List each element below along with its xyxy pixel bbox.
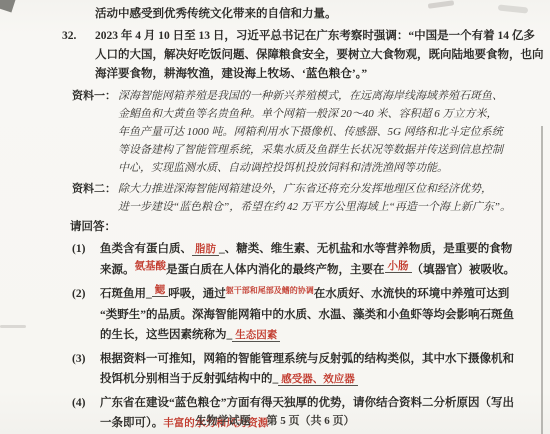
printed-text: 是蛋白质在人体内消化的最终产物，主要在 [166, 264, 385, 276]
printed-text: 呼吸，通过 [168, 288, 226, 300]
material-2-line-1: 除大力推进深海智能网箱建设外，广东省还将充分发挥地理区位和经济优势， [118, 180, 550, 198]
question-number: 32. [62, 27, 76, 46]
question-32: 32. 2023 年 4 月 10 日至 13 日，习近平总书记在广东考察时强调… [95, 27, 550, 84]
sub-question-1-line-2: 来源。氨基酸是蛋白质在人体内消化的最终产物，主要在小肠（填器官）被吸收。 [100, 260, 550, 281]
printed-text: 石斑鱼用_ [100, 288, 152, 300]
material-1-label: 资料一： [72, 87, 116, 105]
material-2-line-2: 进一步建设“蓝色粮仓”，希望在约 42 万平方公里海域上“再造一个海上新广东”。 [118, 198, 550, 216]
footer-subject: 生物学试题 [196, 415, 251, 427]
footer-page-number: 第 5 页（共 6 页） [267, 415, 355, 427]
printed-text: 鱼类含有蛋白质、 [100, 243, 192, 255]
handwritten-answer-fat: 脂肪 [192, 244, 219, 256]
handwritten-answer-ecological-factors: 生态因素 [232, 330, 280, 342]
sub-question-2: (2) 石斑鱼用_鳃呼吸，通过躯干部和尾部及鳍的协调在水质好、水流快的环境中养殖… [100, 284, 550, 346]
sub-question-1-line-1: 鱼类含有蛋白质、脂肪_、糖类、维生素、无机盐和水等营养物质，是重要的食物 [100, 239, 550, 260]
sub-question-3: (3) 根据资料一可推知，网箱的智能管理系统与反射弧的结构类似，其中水下摄像机和… [100, 349, 550, 390]
question-32-line-2: 人口的大国，解决好吃饭问题、保障粮食安全，要树立大食物观，既向陆地要食物，也向 [95, 46, 550, 65]
sub-question-4-number: (4) [72, 393, 85, 413]
please-answer-label: 请回答： [70, 218, 550, 236]
handwritten-answer-trunk-tail-fins: 躯干部和尾部及鳍的协调 [226, 287, 314, 296]
handwritten-answer-small-intestine: 小肠 [385, 261, 412, 273]
sub-question-2-line-3: 的生长，这些因素统称为_生态因素 [100, 325, 550, 346]
scan-smudge-artifact [0, 325, 26, 328]
printed-text: （填器官）被吸收。 [412, 264, 516, 276]
scanned-exam-page: 活动中感受到优秀传统文化带来的自信和力量。 32. 2023 年 4 月 10 … [0, 0, 550, 434]
sub-question-1-number: (1) [72, 239, 85, 259]
sub-question-2-number: (2) [72, 284, 85, 304]
scan-corner-artifact [0, 0, 16, 12]
handwritten-answer-gills: 鳃 [152, 285, 169, 297]
sub-question-3-line-1: 根据资料一可推知，网箱的智能管理系统与反射弧的结构类似，其中水下摄像机和 [100, 349, 550, 369]
handwritten-answer-line-2: 鳍的协调 [282, 286, 314, 295]
printed-text: 的生长，这些因素统称为_ [100, 329, 232, 341]
previous-question-tail: 活动中感受到优秀传统文化带来的自信和力量。 [95, 6, 550, 22]
printed-text: 来源。 [100, 264, 135, 276]
sub-question-4-line-1: 广东省在建设“蓝色粮仓”方面有得天独厚的优势，请你结合资料二分析原因（写出 [100, 393, 550, 413]
material-1: 资料一： 深海智能网箱养殖是我国的一种新兴养殖模式，在远离海岸线海域养殖石斑鱼、… [118, 87, 550, 177]
handwritten-answer-line-1: 躯干部和尾部及 [226, 286, 282, 295]
question-32-line-1: 2023 年 4 月 10 日至 13 日，习近平总书记在广东考察时强调：“中国… [95, 27, 550, 46]
handwritten-answer-amino-acid: 氨基酸 [135, 261, 167, 272]
sub-question-1: (1) 鱼类含有蛋白质、脂肪_、糖类、维生素、无机盐和水等营养物质，是重要的食物… [100, 239, 550, 281]
material-1-line-1: 深海智能网箱养殖是我国的一种新兴养殖模式，在远离海岸线海域养殖石斑鱼、 [118, 87, 550, 105]
sub-question-3-line-2: 投饵机分别相当于反射弧结构中的_感受器、效应器 [100, 369, 550, 390]
sub-question-2-line-1: 石斑鱼用_鳃呼吸，通过躯干部和尾部及鳍的协调在水质好、水流快的环境中养殖可达到 [100, 284, 550, 305]
material-2: 资料二： 除大力推进深海智能网箱建设外，广东省还将充分发挥地理区位和经济优势， … [118, 180, 550, 216]
material-2-label: 资料二： [72, 180, 116, 198]
material-1-line-3: 年鱼产量可达 1000 吨。网箱利用水下摄像机、传感器、5G 网络和北斗定位系统 [118, 123, 550, 141]
material-1-line-4: 等设备建构了智能管理系统，采集水质及鱼群生长状况等数据并传送到信息控制 [118, 141, 550, 159]
printed-text: 投饵机分别相当于反射弧结构中的_ [100, 373, 278, 385]
printed-text: _、糖类、维生素、无机盐和水等营养物质，是重要的食物 [219, 243, 512, 255]
printed-text: 在水质好、水流快的环境中养殖可达到 [314, 288, 510, 300]
material-1-line-2: 金鲳鱼和大黄鱼等名贵鱼种。单个网箱一般深 20～40 米、容积超 6 万立方米， [118, 105, 550, 123]
sub-question-3-number: (3) [72, 349, 85, 369]
material-1-line-5: 中心，实现监测水质、自动调控投饵机投放饲料和清洗渔网等功能。 [118, 159, 550, 177]
handwritten-answer-receptor-effector: 感受器、效应器 [278, 374, 358, 386]
question-32-line-3: 海洋要食物，耕海牧渔，建设海上牧场、‘蓝色粮仓’。” [95, 65, 550, 84]
sub-question-2-line-2: “类野生”的品质。深海智能网箱中的水质、水温、藻类和小鱼虾等均会影响石斑鱼 [100, 305, 550, 325]
page-footer: 生物学试题第 5 页（共 6 页） [0, 412, 550, 428]
